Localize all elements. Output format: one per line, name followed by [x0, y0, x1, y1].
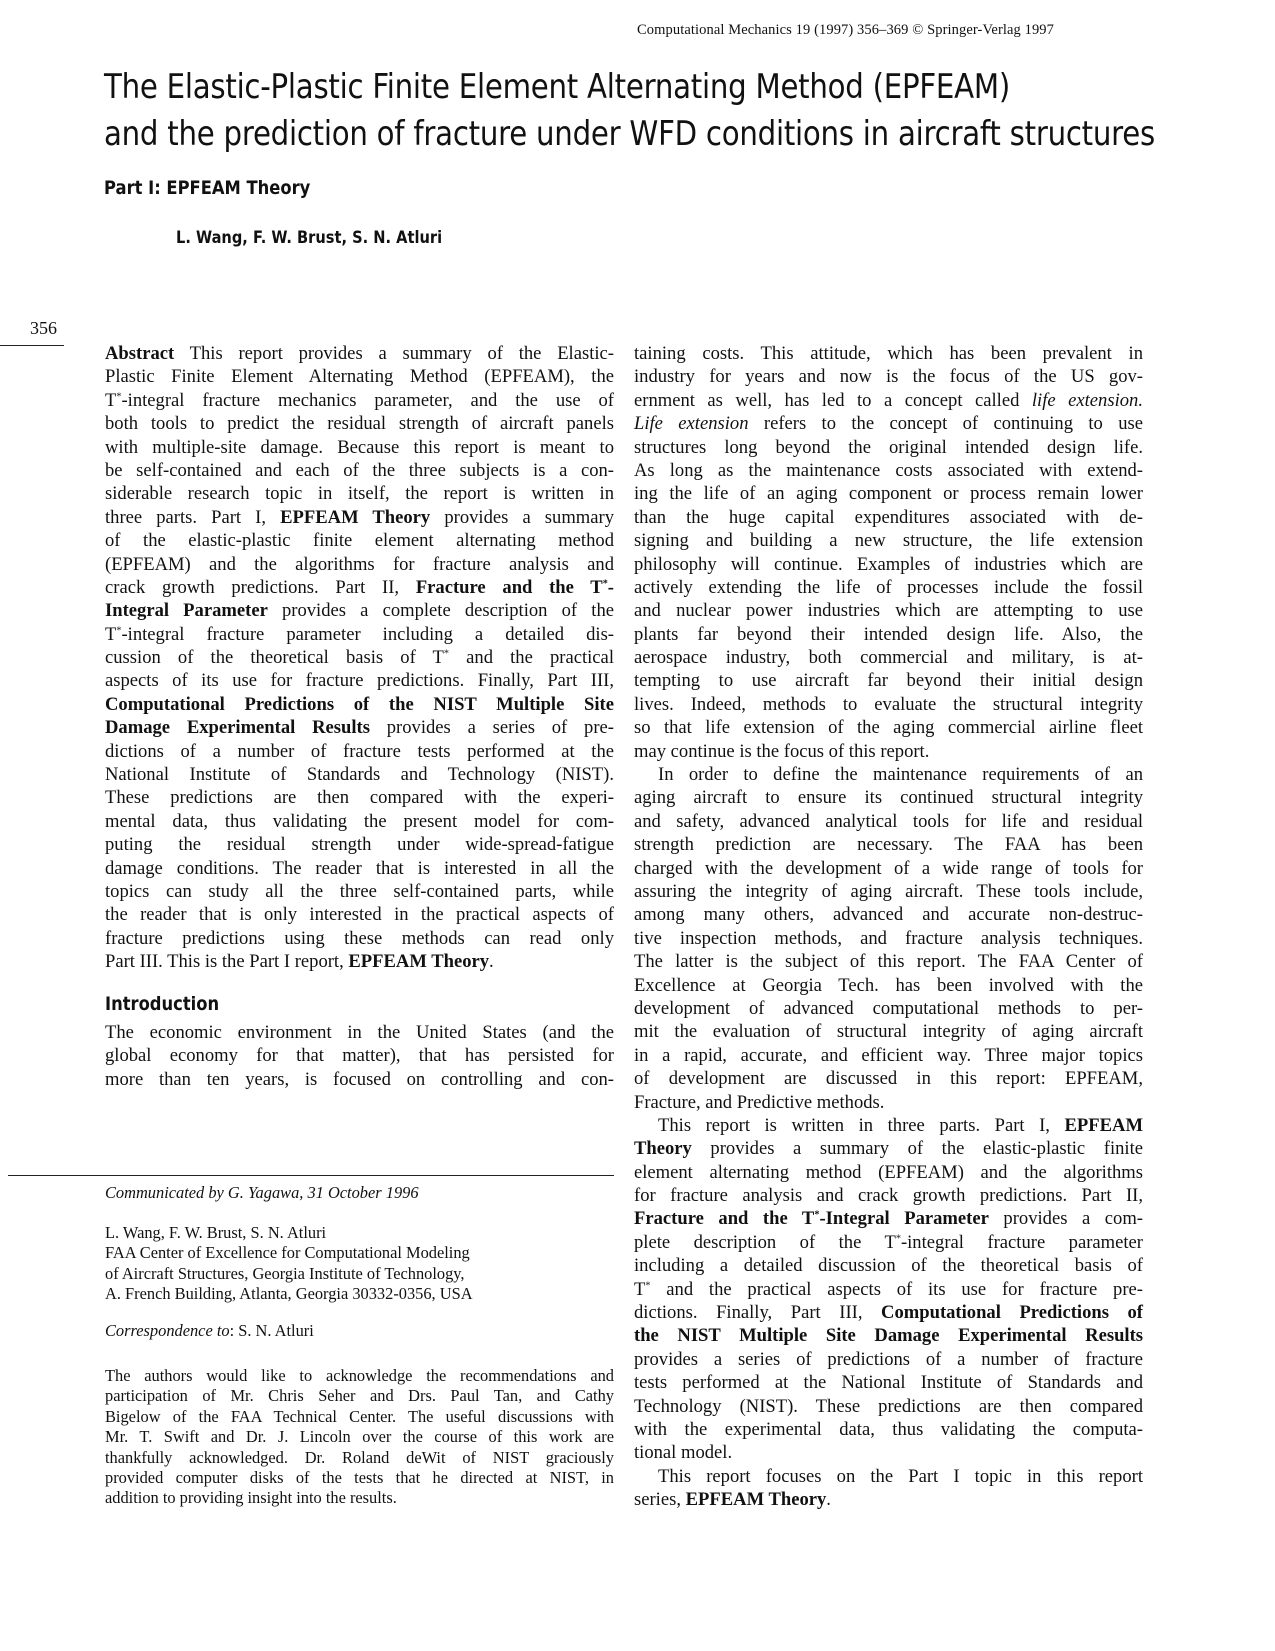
- abstract-line: three parts. Part I, EPFEAM Theory provi…: [105, 506, 614, 529]
- correspondence-value: : S. N. Atluri: [230, 1321, 314, 1340]
- intro-line: structures long beyond the original inte…: [634, 436, 1143, 459]
- intro-line: among many others, advanced and accurate…: [634, 903, 1143, 926]
- intro-line: more than ten years, is focused on contr…: [105, 1068, 614, 1091]
- intro-line: In order to define the maintenance requi…: [634, 763, 1143, 786]
- abstract-line: Part III. This is the Part I report, EPF…: [105, 950, 614, 973]
- author-list: L. Wang, F. W. Brust, S. N. Atluri: [176, 228, 442, 248]
- intro-line: of development are discussed in this rep…: [634, 1067, 1143, 1090]
- page-number-rule: [0, 345, 64, 346]
- abstract-line: puting the residual strength under wide-…: [105, 833, 614, 856]
- intro-line: This report focuses on the Part I topic …: [634, 1465, 1143, 1488]
- intro-line: ernment as well, has led to a concept ca…: [634, 389, 1143, 412]
- affiliation-line: L. Wang, F. W. Brust, S. N. Atluri: [105, 1223, 473, 1243]
- acknowledgement-line: addition to providing insight into the r…: [105, 1488, 614, 1508]
- intro-line: and nuclear power industries which are a…: [634, 599, 1143, 622]
- abstract-line: These predictions are then compared with…: [105, 786, 614, 809]
- section-heading-introduction: Introduction: [105, 993, 219, 1015]
- intro-line: T* and the practical aspects of its use …: [634, 1278, 1143, 1301]
- intro-line: may continue is the focus of this report…: [634, 740, 1143, 763]
- abstract-line: siderable research topic in itself, the …: [105, 482, 614, 505]
- intro-line: in a rapid, accurate, and efficient way.…: [634, 1044, 1143, 1067]
- intro-line: with the experimental data, thus validat…: [634, 1418, 1143, 1441]
- intro-line: dictions. Finally, Part III, Computation…: [634, 1301, 1143, 1324]
- intro-line: This report is written in three parts. P…: [634, 1114, 1143, 1137]
- intro-line: the NIST Multiple Site Damage Experiment…: [634, 1324, 1143, 1347]
- abstract-line: cussion of the theoretical basis of T* a…: [105, 646, 614, 669]
- intro-line: charged with the development of a wide r…: [634, 857, 1143, 880]
- running-head: Computational Mechanics 19 (1997) 356–36…: [637, 22, 1054, 39]
- intro-line: actively extending the life of processes…: [634, 576, 1143, 599]
- intro-line: global economy for that matter), that ha…: [105, 1044, 614, 1067]
- abstract-line: T*-integral fracture mechanics parameter…: [105, 389, 614, 412]
- affiliation-line: of Aircraft Structures, Georgia Institut…: [105, 1264, 473, 1284]
- intro-line: tests performed at the National Institut…: [634, 1371, 1143, 1394]
- footnote-rule: [8, 1175, 614, 1176]
- acknowledgement-line: participation of Mr. Chris Seher and Drs…: [105, 1386, 614, 1406]
- abstract-line: Integral Parameter provides a complete d…: [105, 599, 614, 622]
- intro-line: signing and building a new structure, th…: [634, 529, 1143, 552]
- intro-line: Life extension refers to the concept of …: [634, 412, 1143, 435]
- abstract-line: T*-integral fracture parameter including…: [105, 623, 614, 646]
- intro-line: Technology (NIST). These predictions are…: [634, 1395, 1143, 1418]
- intro-line: aging aircraft to ensure its continued s…: [634, 786, 1143, 809]
- intro-line: Fracture and the T*-Integral Parameter p…: [634, 1207, 1143, 1230]
- abstract-line: Abstract This report provides a summary …: [105, 342, 614, 365]
- paper-title: The Elastic-Plastic Finite Element Alter…: [104, 64, 1067, 158]
- acknowledgement-line: Bigelow of the FAA Technical Center. The…: [105, 1407, 614, 1427]
- intro-line: for fracture analysis and crack growth p…: [634, 1184, 1143, 1207]
- intro-line: Fracture, and Predictive methods.: [634, 1091, 1143, 1114]
- abstract-line: crack growth predictions. Part II, Fract…: [105, 576, 614, 599]
- acknowledgement-line: Mr. T. Swift and Dr. J. Lincoln over the…: [105, 1427, 614, 1447]
- intro-line: industry for years and now is the focus …: [634, 365, 1143, 388]
- intro-line: so that life extension of the aging comm…: [634, 716, 1143, 739]
- paper-subtitle: Part I: EPFEAM Theory: [104, 177, 310, 199]
- acknowledgement: The authors would like to acknowledge th…: [105, 1366, 614, 1509]
- intro-line: including a detailed discussion of the t…: [634, 1254, 1143, 1277]
- intro-line: The economic environment in the United S…: [105, 1021, 614, 1044]
- introduction-left: The economic environment in the United S…: [105, 1021, 614, 1091]
- abstract-line: Computational Predictions of the NIST Mu…: [105, 693, 614, 716]
- abstract-line: (EPFEAM) and the algorithms for fracture…: [105, 553, 614, 576]
- introduction-right: taining costs. This attitude, which has …: [634, 342, 1143, 1512]
- intro-line: development of advanced computational me…: [634, 997, 1143, 1020]
- affiliation-line: A. French Building, Atlanta, Georgia 303…: [105, 1284, 473, 1304]
- intro-line: tional model.: [634, 1441, 1143, 1464]
- correspondence: Correspondence to: S. N. Atluri: [105, 1321, 314, 1341]
- abstract-line: Damage Experimental Results provides a s…: [105, 716, 614, 739]
- abstract-line: dictions of a number of fracture tests p…: [105, 740, 614, 763]
- intro-line: plants far beyond their intended design …: [634, 623, 1143, 646]
- abstract-line: Plastic Finite Element Alternating Metho…: [105, 365, 614, 388]
- communicated-by: Communicated by G. Yagawa, 31 October 19…: [105, 1183, 419, 1203]
- intro-line: philosophy will continue. Examples of in…: [634, 553, 1143, 576]
- intro-line: aerospace industry, both commercial and …: [634, 646, 1143, 669]
- abstract-line: aspects of its use for fracture predicti…: [105, 669, 614, 692]
- intro-line: tempting to use aircraft far beyond thei…: [634, 669, 1143, 692]
- title-line-2: and the prediction of fracture under WFD…: [104, 111, 1067, 158]
- abstract-line: National Institute of Standards and Tech…: [105, 763, 614, 786]
- abstract-line: damage conditions. The reader that is in…: [105, 857, 614, 880]
- intro-line: assuring the integrity of aging aircraft…: [634, 880, 1143, 903]
- abstract: Abstract This report provides a summary …: [105, 342, 614, 974]
- title-line-1: The Elastic-Plastic Finite Element Alter…: [104, 64, 1067, 111]
- intro-line: As long as the maintenance costs associa…: [634, 459, 1143, 482]
- acknowledgement-line: thankfully acknowledged. Dr. Roland deWi…: [105, 1448, 614, 1468]
- intro-line: taining costs. This attitude, which has …: [634, 342, 1143, 365]
- intro-line: Excellence at Georgia Tech. has been inv…: [634, 974, 1143, 997]
- abstract-line: be self-contained and each of the three …: [105, 459, 614, 482]
- abstract-line: with multiple-site damage. Because this …: [105, 436, 614, 459]
- intro-line: and safety, advanced analytical tools fo…: [634, 810, 1143, 833]
- affiliation-line: FAA Center of Excellence for Computation…: [105, 1243, 473, 1263]
- acknowledgement-line: provided computer disks of the tests tha…: [105, 1468, 614, 1488]
- abstract-label: Abstract: [105, 343, 174, 364]
- author-affiliation: L. Wang, F. W. Brust, S. N. Atluri FAA C…: [105, 1223, 473, 1305]
- intro-line: mit the evaluation of structural integri…: [634, 1020, 1143, 1043]
- abstract-line: fracture predictions using these methods…: [105, 927, 614, 950]
- abstract-line: the reader that is only interested in th…: [105, 903, 614, 926]
- abstract-line: topics can study all the three self-cont…: [105, 880, 614, 903]
- intro-line: ing the life of an aging component or pr…: [634, 482, 1143, 505]
- intro-line: element alternating method (EPFEAM) and …: [634, 1161, 1143, 1184]
- page-number: 356: [30, 318, 57, 339]
- intro-line: lives. Indeed, methods to evaluate the s…: [634, 693, 1143, 716]
- correspondence-label: Correspondence to: [105, 1321, 230, 1340]
- intro-line: Theory provides a summary of the elastic…: [634, 1137, 1143, 1160]
- intro-line: than the huge capital expenditures assoc…: [634, 506, 1143, 529]
- intro-line: strength prediction are necessary. The F…: [634, 833, 1143, 856]
- abstract-line: of the elastic-plastic finite element al…: [105, 529, 614, 552]
- intro-line: tive inspection methods, and fracture an…: [634, 927, 1143, 950]
- abstract-line: mental data, thus validating the present…: [105, 810, 614, 833]
- intro-line: series, EPFEAM Theory.: [634, 1488, 1143, 1511]
- intro-line: plete description of the T*-integral fra…: [634, 1231, 1143, 1254]
- intro-line: The latter is the subject of this report…: [634, 950, 1143, 973]
- acknowledgement-line: The authors would like to acknowledge th…: [105, 1366, 614, 1386]
- intro-line: provides a series of predictions of a nu…: [634, 1348, 1143, 1371]
- abstract-line: both tools to predict the residual stren…: [105, 412, 614, 435]
